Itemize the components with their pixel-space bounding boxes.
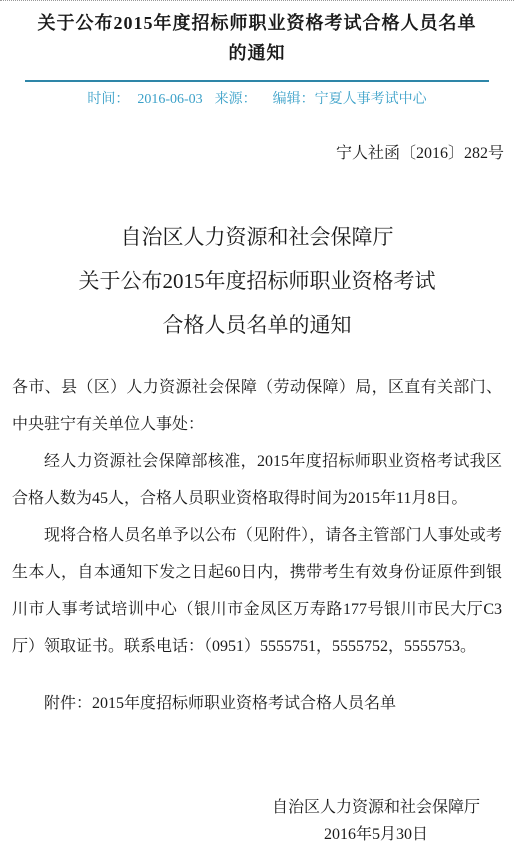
signature-inner: 自治区人力资源和社会保障厅 2016年5月30日 (272, 794, 480, 848)
meta-editor-label: 编辑： (273, 92, 315, 107)
document-heading: 自治区人力资源和社会保障厅 关于公布2015年度招标师职业资格考试 合格人员名单… (0, 215, 514, 347)
salutation: 各市、县（区）人力资源社会保障（劳动保障）局，区直有关部门、中央驻宁有关单位人事… (12, 369, 502, 443)
page-title-line-2: 的通知 (0, 38, 514, 68)
page-title: 关于公布2015年度招标师职业资格考试合格人员名单 的通知 (0, 8, 514, 68)
meta-time-label: 时间： (87, 92, 129, 107)
paragraph-1: 经人力资源社会保障部核准，2015年度招标师职业资格考试我区合格人数为45人，合… (12, 443, 502, 517)
paragraph-2: 现将合格人员名单予以公布（见附件），请各主管部门人事处或考生本人，自本通知下发之… (12, 517, 502, 665)
document-heading-line-3: 合格人员名单的通知 (0, 303, 514, 347)
signature-date: 2016年5月30日 (272, 821, 480, 848)
meta-bar: 时间：2016-06-03来源：编辑：宁夏人事考试中心 (0, 88, 514, 108)
header-divider (25, 80, 489, 82)
attachment-line: 附件：2015年度招标师职业资格考试合格人员名单 (12, 685, 502, 722)
document-heading-line-2: 关于公布2015年度招标师职业资格考试 (0, 259, 514, 303)
signature-block: 自治区人力资源和社会保障厅 2016年5月30日 (0, 794, 514, 848)
document-body: 各市、县（区）人力资源社会保障（劳动保障）局，区直有关部门、中央驻宁有关单位人事… (0, 369, 514, 722)
meta-source-label: 来源： (215, 92, 257, 107)
meta-time-value: 2016-06-03 (137, 92, 202, 107)
meta-editor-value: 宁夏人事考试中心 (315, 92, 427, 107)
page-title-line-1: 关于公布2015年度招标师职业资格考试合格人员名单 (0, 8, 514, 38)
document-heading-line-1: 自治区人力资源和社会保障厅 (0, 215, 514, 259)
notice-page: 关于公布2015年度招标师职业资格考试合格人员名单 的通知 时间：2016-06… (0, 0, 514, 848)
signer-name: 自治区人力资源和社会保障厅 (272, 794, 480, 821)
document-number: 宁人社函〔2016〕282号 (0, 140, 514, 163)
